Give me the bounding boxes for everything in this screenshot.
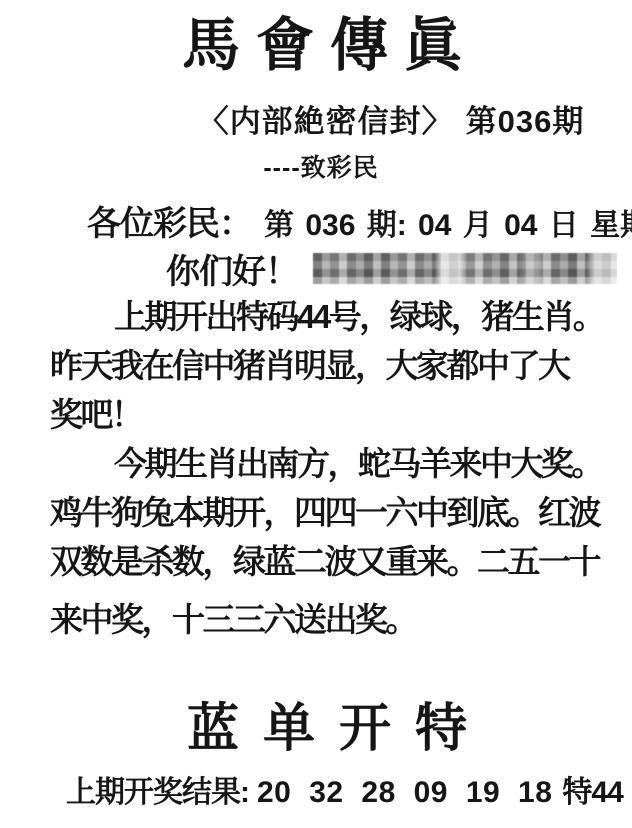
dedication-line: ----致彩民 — [0, 148, 632, 184]
body-line: 来中奖，十三三六送出奖。 — [50, 595, 594, 644]
prediction-headline: 蓝单开特 — [0, 686, 632, 761]
issue-number: 第036期 — [466, 104, 585, 139]
last-result-special-number: 特44 — [562, 767, 622, 811]
fax-document-page: 馬會傳眞 〈内部絶密信封〉第036期 ----致彩民 各位彩民： 第 036 期… — [0, 0, 632, 828]
body-line: 昨天我在信中猪肖明显，大家都中了大 — [50, 341, 594, 390]
draw-date-info: 第 036 期: 04 月 04 日 星期六 — [264, 200, 632, 244]
last-result-label: 上期开奖结果: — [66, 767, 249, 811]
greeting-row: 你们好！ — [166, 244, 617, 293]
subtitle-envelope-label: 〈内部絶密信封〉 — [198, 104, 454, 139]
body-line: 今期生肖出南方，蛇马羊来中大奖。 — [50, 439, 594, 488]
salutation-prefix: 各位彩民： — [87, 196, 252, 245]
last-result-row: 上期开奖结果: 20 32 28 09 19 18 特44 — [66, 767, 623, 811]
page-title: 馬會傳眞 — [0, 14, 632, 79]
subtitle-row: 〈内部絶密信封〉第036期 — [0, 96, 632, 141]
salutation-row: 各位彩民： 第 036 期: 04 月 04 日 星期六 — [87, 196, 632, 245]
greeting-text: 你们好！ — [166, 244, 298, 293]
body-line: 双数是杀数，绿蓝二波又重来。二五一十 — [50, 537, 594, 586]
censored-contact-mosaic — [313, 253, 617, 284]
last-result-numbers: 20 32 28 09 19 18 — [257, 776, 552, 810]
body-line: 奖吧！ — [50, 390, 594, 439]
body-line: 鸡牛狗兔本期开，四四一六中到底。红波 — [50, 488, 594, 537]
letter-body: 上期开出特码44号，绿球，猪生肖。 昨天我在信中猪肖明显，大家都中了大 奖吧！ … — [50, 292, 594, 644]
body-line: 上期开出特码44号，绿球，猪生肖。 — [50, 292, 594, 341]
